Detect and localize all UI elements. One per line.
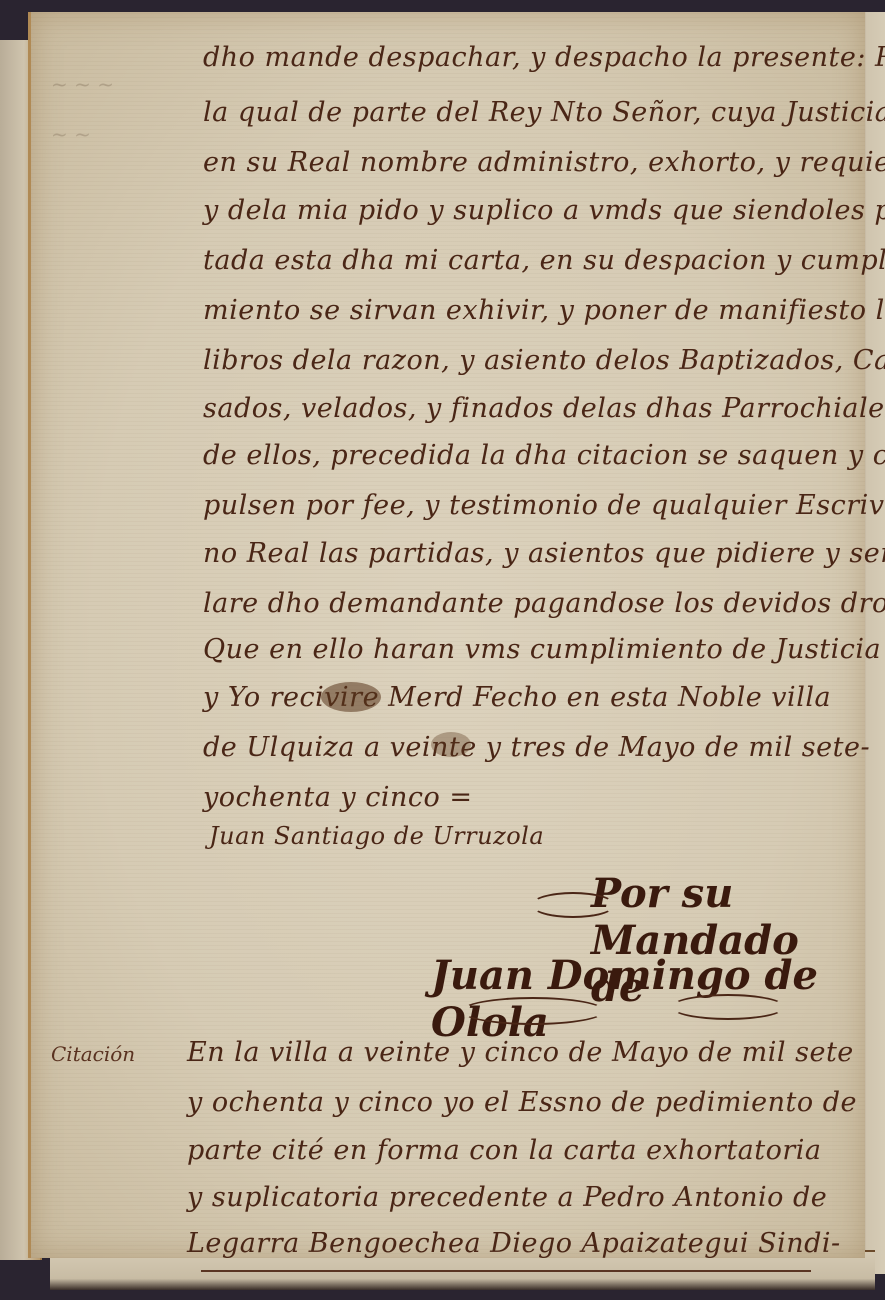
text-line-8: sados, velados, y finados delas dhas Par…	[203, 393, 885, 424]
bleed-through-text: ~ ~	[51, 122, 91, 146]
closing-rule-line	[201, 1270, 811, 1272]
signatory-name: Juan Santiago de Urruzola	[209, 822, 544, 850]
signature-flourish	[531, 892, 615, 918]
text-line-10: pulsen por fee, y testimonio de qualquie…	[203, 490, 885, 521]
entry2-line-1: En la villa a veinte y cinco de Mayo de …	[187, 1037, 854, 1068]
text-line-12: lare dho demandante pagandose los devido…	[203, 588, 885, 619]
text-line-1: dho mande despachar, y despacho la prese…	[203, 42, 885, 73]
signature-flourish	[671, 994, 785, 1020]
text-line-4: y dela mia pido y suplico a vmds que sie…	[203, 195, 885, 226]
text-line-14: y Yo recivire Merd Fecho en esta Noble v…	[203, 682, 831, 713]
ink-smudge	[431, 732, 471, 757]
margin-note-citacion: Citación	[51, 1042, 135, 1066]
text-line-16: yochenta y cinco =	[203, 782, 472, 813]
manuscript-page: ~ ~ ~ ~ ~ dho mande despachar, y despach…	[28, 12, 865, 1258]
text-line-9: de ellos, precedida la dha citacion se s…	[203, 440, 885, 471]
ink-smudge	[321, 682, 381, 712]
text-line-6: miento se sirvan exhivir, y poner de man…	[203, 295, 885, 326]
bleed-through-text: ~ ~ ~	[51, 72, 114, 96]
text-line-3: en su Real nombre administro, exhorto, y…	[203, 147, 885, 178]
entry2-line-4: y suplicatoria precedente a Pedro Antoni…	[187, 1182, 827, 1213]
text-line-2: la qual de parte del Rey Nto Señor, cuya…	[203, 97, 885, 128]
entry2-line-3: parte cité en forma con la carta exhorta…	[187, 1135, 822, 1166]
text-line-11: no Real las partidas, y asientos que pid…	[203, 538, 885, 569]
signature-flourish	[461, 997, 605, 1025]
entry2-line-5: Legarra Bengoechea Diego Apaizategui Sin…	[187, 1228, 841, 1259]
entry2-line-2: y ochenta y cinco yo el Essno de pedimie…	[187, 1087, 857, 1118]
text-line-13: Que en ello haran vms cumplimiento de Ju…	[203, 634, 881, 665]
text-line-15: de Ulquiza a veinte y tres de Mayo de mi…	[203, 732, 870, 763]
text-line-5: tada esta dha mi carta, en su despacion …	[203, 245, 885, 276]
text-line-7: libros dela razon, y asiento delos Bapti…	[203, 345, 885, 376]
